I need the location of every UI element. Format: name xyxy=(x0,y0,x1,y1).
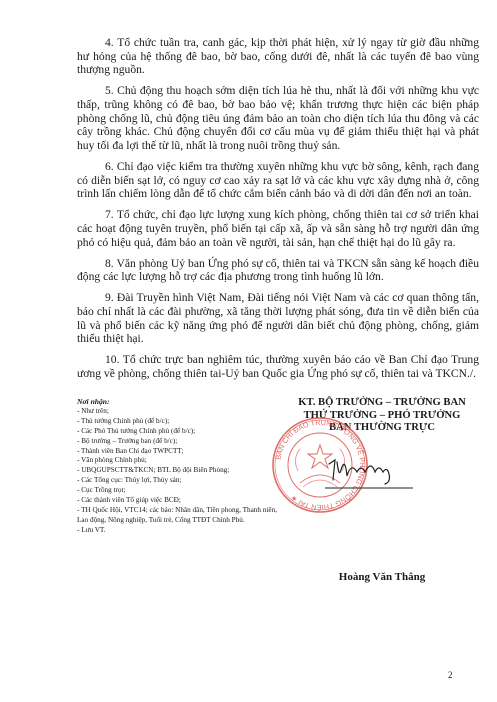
recipient-item: - Văn phòng Chính phủ; xyxy=(77,456,277,466)
recipient-item: - Các thành viên Tổ giúp việc BCĐ; xyxy=(77,496,277,506)
document-body: 4. Tổ chức tuần tra, canh gác, kịp thời … xyxy=(77,36,479,388)
page-number: 2 xyxy=(448,670,453,680)
recipient-item: - Bộ trưởng – Trưởng ban (để b/c); xyxy=(77,437,277,447)
recipient-item: - Cục Trồng trọt; xyxy=(77,486,277,496)
signature-line-1: KT. BỘ TRƯỞNG – TRƯỞNG BAN xyxy=(282,397,482,410)
recipient-item: - Các Tổng cục: Thủy lợi, Thủy sản; xyxy=(77,476,277,486)
recipient-item: - UBQGUPSCTT&TKCN; BTL Bộ đội Biên Phòng… xyxy=(77,466,277,476)
recipients-list: Nơi nhận: - Như trên; - Thủ tướng Chính … xyxy=(77,397,277,536)
paragraph-8: 8. Văn phòng Uỷ ban Ứng phó sự cố, thiên… xyxy=(77,257,479,284)
paragraph-5: 5. Chủ động thu hoạch sớm diện tích lúa … xyxy=(77,84,479,152)
recipient-item: - TH Quốc Hội, VTC14; các báo: Nhân dân,… xyxy=(77,506,277,526)
signer-name: Hoàng Văn Thắng xyxy=(317,571,447,583)
recipients-title: Nơi nhận: xyxy=(77,397,277,407)
recipient-item: - Thủ tướng Chính phủ (để b/c); xyxy=(77,417,277,427)
document-page: 4. Tổ chức tuần tra, canh gác, kịp thời … xyxy=(0,0,497,702)
recipient-item: - Thành viên Ban Chỉ đạo TWPCTT; xyxy=(77,447,277,457)
recipient-item: - Như trên; xyxy=(77,407,277,417)
paragraph-7: 7. Tổ chức, chỉ đạo lực lượng xung kích … xyxy=(77,208,479,249)
recipient-item: - Các Phó Thủ tướng Chính phủ (để b/c); xyxy=(77,427,277,437)
paragraph-9: 9. Đài Truyền hình Việt Nam, Đài tiếng n… xyxy=(77,291,479,345)
paragraph-4: 4. Tổ chức tuần tra, canh gác, kịp thời … xyxy=(77,36,479,77)
recipient-item: - Lưu VT. xyxy=(77,526,277,536)
paragraph-6: 6. Chỉ đạo việc kiểm tra thường xuyên nh… xyxy=(77,160,479,201)
paragraph-10: 10. Tổ chức trực ban nghiêm túc, thường … xyxy=(77,353,479,380)
handwritten-signature-icon xyxy=(325,450,415,490)
